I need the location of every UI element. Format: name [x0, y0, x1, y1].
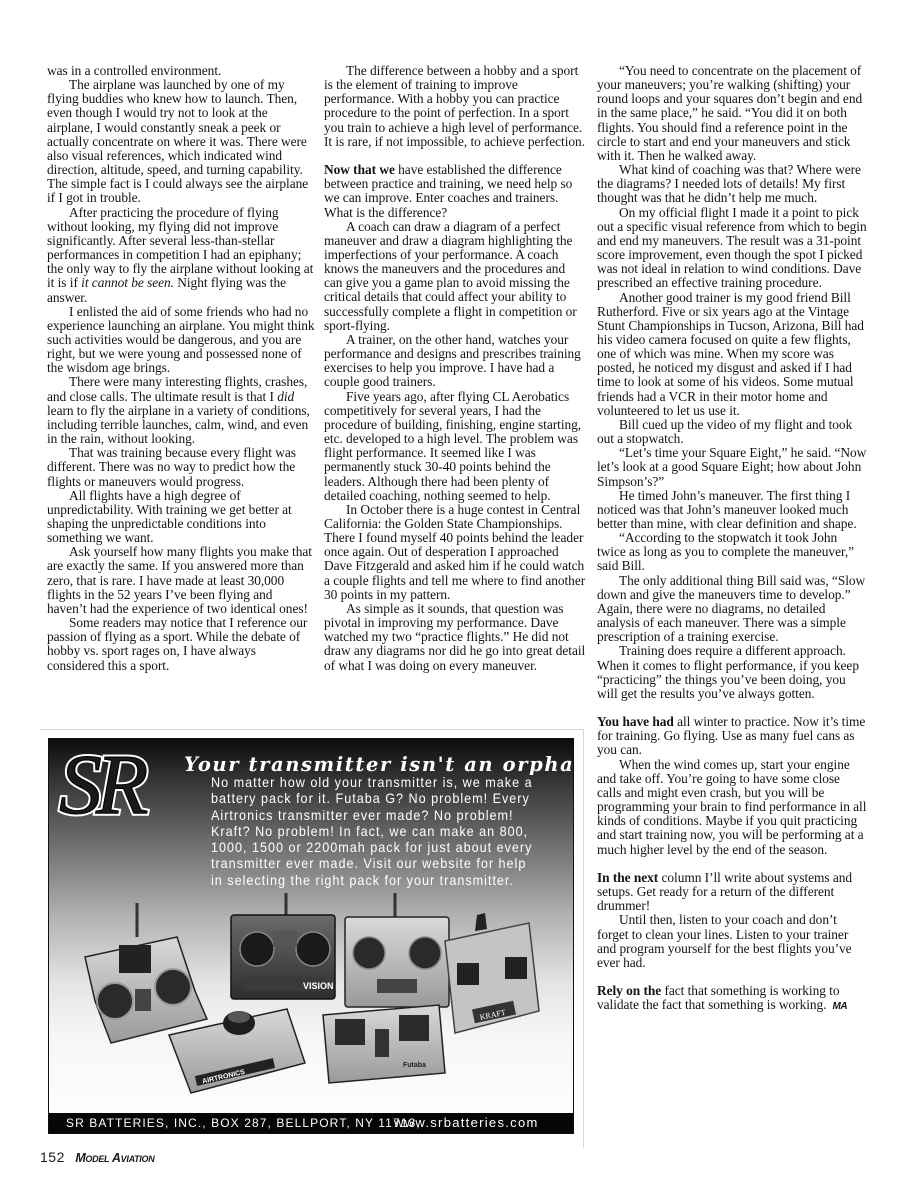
- futaba-transmitter-front: Futaba: [323, 1005, 445, 1083]
- section-paragraph: In the next column I’ll write about syst…: [597, 871, 867, 913]
- paragraph: As simple as it sounds, that question wa…: [324, 602, 586, 673]
- ad-footer-bar: SR BATTERIES, INC., BOX 287, BELLPORT, N…: [49, 1113, 573, 1133]
- paragraph: Bill cued up the video of my flight and …: [597, 418, 867, 446]
- sr-batteries-advertisement: SR SR Your transmitter isn't an orphan! …: [48, 738, 574, 1134]
- paragraph: The only additional thing Bill said was,…: [597, 574, 867, 645]
- ad-body-text: No matter how old your transmitter is, w…: [211, 775, 538, 889]
- paragraph: The difference between a hobby and a spo…: [324, 64, 586, 149]
- svg-text:SR: SR: [59, 743, 148, 831]
- svg-text:Futaba: Futaba: [403, 1062, 426, 1069]
- section-paragraph: Now that we have established the differe…: [324, 163, 586, 220]
- paragraph: Some readers may notice that I reference…: [47, 616, 315, 673]
- paragraph: Ask yourself how many flights you make t…: [47, 545, 315, 616]
- transmitters-product-photo: VISION KRAFT AIRTRONICS: [77, 893, 547, 1103]
- paragraph: I enlisted the aid of some friends who h…: [47, 305, 315, 376]
- paragraph: In October there is a huge contest in Ce…: [324, 503, 586, 602]
- lead-in: You have had: [597, 714, 674, 729]
- emphasis: did: [277, 389, 294, 404]
- paragraph: After practicing the procedure of flying…: [47, 206, 315, 305]
- paragraph: There were many interesting flights, cra…: [47, 375, 315, 446]
- end-mark: MA: [832, 1001, 847, 1012]
- futaba-transmitter-back: [345, 893, 449, 1007]
- lead-in: In the next: [597, 870, 658, 885]
- paragraph: Until then, listen to your coach and don…: [597, 913, 867, 970]
- magazine-name: Model Aviation: [75, 1151, 154, 1165]
- paragraph: He timed John’s maneuver. The first thin…: [597, 489, 867, 531]
- article-column-1: was in a controlled environment. The air…: [47, 64, 315, 673]
- kraft-transmitter: KRAFT: [445, 913, 539, 1033]
- paragraph: The airplane was launched by one of my f…: [47, 78, 315, 205]
- paragraph: When the wind comes up, start your engin…: [597, 758, 867, 857]
- lead-in: Rely on the: [597, 983, 661, 998]
- paragraph: All flights have a high degree of unpred…: [47, 489, 315, 546]
- paragraph: Another good trainer is my good friend B…: [597, 291, 867, 418]
- svg-text:VISION: VISION: [303, 981, 334, 991]
- article-column-3: “You need to concentrate on the placemen…: [597, 64, 867, 1014]
- section-paragraph: Rely on the fact that something is worki…: [597, 984, 867, 1014]
- paragraph: On my official flight I made it a point …: [597, 206, 867, 291]
- page-number: 152: [40, 1149, 65, 1165]
- article-column-2: The difference between a hobby and a spo…: [324, 64, 586, 673]
- section-paragraph: You have had all winter to practice. Now…: [597, 715, 867, 757]
- ad-address: SR BATTERIES, INC., BOX 287, BELLPORT, N…: [66, 1113, 421, 1133]
- ad-headline: Your transmitter isn't an orphan!: [184, 753, 574, 776]
- paragraph: “Let’s time your Square Eight,” he said.…: [597, 446, 867, 488]
- paragraph: That was training because every flight w…: [47, 446, 315, 488]
- paragraph: “According to the stopwatch it took John…: [597, 531, 867, 573]
- paragraph: A trainer, on the other hand, watches yo…: [324, 333, 586, 390]
- paragraph: “You need to concentrate on the placemen…: [597, 64, 867, 163]
- lead-in: Now that we: [324, 162, 395, 177]
- vision-transmitter: VISION: [231, 893, 335, 999]
- paragraph: Training does require a different approa…: [597, 644, 867, 701]
- paragraph: Five years ago, after flying CL Aerobati…: [324, 390, 586, 503]
- ad-website-link[interactable]: www.srbatteries.com: [394, 1113, 539, 1133]
- sr-logo-icon: SR SR: [53, 743, 201, 831]
- airtronics-transmitter-left: [85, 903, 207, 1043]
- emphasis: it cannot be seen.: [81, 275, 174, 290]
- page-footer: 152 Model Aviation: [40, 1149, 154, 1167]
- paragraph: was in a controlled environment.: [47, 64, 315, 78]
- paragraph: A coach can draw a diagram of a perfect …: [324, 220, 586, 333]
- paragraph: What kind of coaching was that? Where we…: [597, 163, 867, 205]
